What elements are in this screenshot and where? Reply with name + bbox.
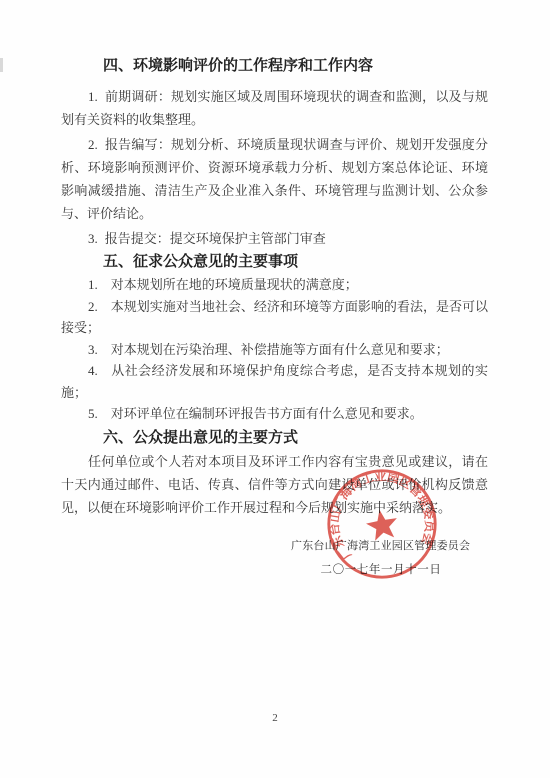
item-text: 前期调研：规划实施区域及周围环境现状的调查和监测，以及与规划有关资料的收集整理。 — [61, 89, 488, 127]
section-4-item-2: 2.报告编写：规划分析、环境质量现状调查与评价、规划开发强度分析、环境影响预测评… — [61, 133, 488, 225]
signature-organization: 广东台山广海湾工业园区管理委员会 — [291, 537, 470, 553]
item-number: 3. — [88, 231, 98, 246]
section-5-item-5: 5.对环评单位在编制环评报告书方面有什么意见和要求。 — [61, 403, 488, 425]
section-5-item-2: 2.本规划实施对当地社会、经济和环境等方面影响的看法，是否可以接受； — [61, 296, 488, 339]
page-number: 2 — [0, 712, 550, 724]
section-4-item-3: 3.报告提交：提交环境保护主管部门审查 — [61, 227, 488, 250]
item-text: 从社会经济发展和环境保护角度综合考虑，是否支持本规划的实施； — [61, 363, 488, 400]
document-body: 四、环境影响评价的工作程序和工作内容 1.前期调研：规划实施区域及周围环境现状的… — [61, 54, 488, 519]
item-text: 报告提交：提交环境保护主管部门审查 — [105, 231, 326, 246]
item-number: 3. — [88, 342, 98, 357]
section-6-heading: 六、公众提出意见的主要方式 — [103, 426, 488, 450]
item-text: 本规划实施对当地社会、经济和环境等方面影响的看法，是否可以接受； — [61, 299, 488, 336]
section-6-paragraph: 任何单位或个人若对本项目及环评工作内容有宝贵意见或建议，请在十天内通过邮件、电话… — [61, 450, 488, 519]
item-text: 对环评单位在编制环评报告书方面有什么意见和要求。 — [111, 406, 423, 421]
section-5-item-1: 1.对本规划所在地的环境质量现状的满意度； — [61, 274, 488, 296]
item-text: 报告编写：规划分析、环境质量现状调查与评价、规划开发强度分析、环境影响预测评价、… — [61, 137, 488, 221]
item-number: 5. — [88, 406, 98, 421]
item-text: 对本规划所在地的环境质量现状的满意度； — [111, 277, 358, 292]
section-5-item-4: 4.从社会经济发展和环境保护角度综合考虑，是否支持本规划的实施； — [61, 360, 488, 403]
section-5-heading: 五、征求公众意见的主要事项 — [103, 250, 488, 274]
section-4-item-1: 1.前期调研：规划实施区域及周围环境现状的调查和监测，以及与规划有关资料的收集整… — [61, 85, 488, 131]
document-page: 四、环境影响评价的工作程序和工作内容 1.前期调研：规划实施区域及周围环境现状的… — [0, 0, 550, 778]
scan-artifact — [0, 58, 3, 72]
item-number: 1. — [88, 277, 98, 292]
item-text: 对本规划在污染治理、补偿措施等方面有什么意见和要求； — [111, 342, 449, 357]
item-number: 2. — [88, 299, 98, 314]
item-number: 2. — [88, 137, 98, 152]
item-number: 4. — [88, 363, 98, 378]
section-5-item-3: 3.对本规划在污染治理、补偿措施等方面有什么意见和要求； — [61, 339, 488, 361]
item-number: 1. — [88, 89, 98, 104]
section-4-heading: 四、环境影响评价的工作程序和工作内容 — [103, 54, 488, 78]
signature-date: 二〇一七年一月十一日 — [291, 561, 471, 577]
